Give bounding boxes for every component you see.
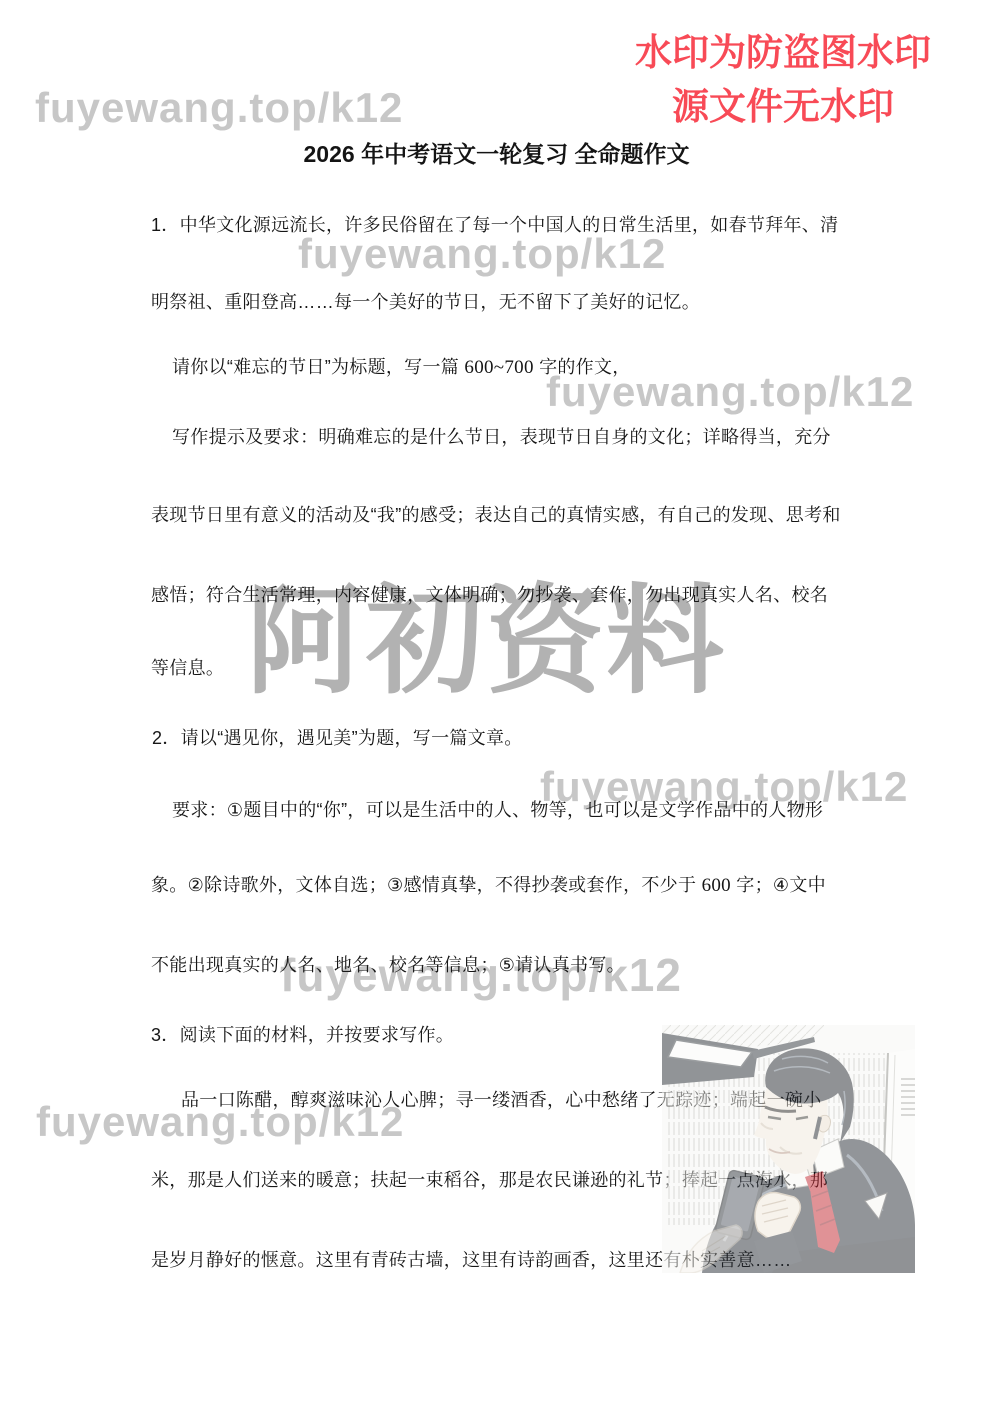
door-vent-lines [901,1079,915,1115]
notice-line-1: 水印为防盗图水印 [628,26,938,80]
text-line-2: 明祭祖、重阳登高……每一个美好的节日，无不留下了美好的记忆。 [151,288,700,314]
text-line-10-post: 字；④文中 [731,875,826,895]
text-line-8: 2．请以“遇见你，遇见美”为题，写一篇文章。 [152,724,523,750]
text-line-3-post: 字的作文， [534,357,631,377]
site-watermark-2: fuyewang.top/k12 [298,230,666,278]
text-line-6: 感悟；符合生活常理，内容健康，文体明确；勿抄袭、套作，勿出现真实人名、校名 [151,581,828,607]
text-line-3-pre: 请你以“难忘的节日”为标题，写一篇 [172,357,464,377]
text-line-5: 表现节日里有意义的活动及“我”的感受；表达自己的真情实感，有自己的发现、思考和 [151,501,841,527]
page-title: 2026 年中考语文一轮复习 全命题作文 [0,136,993,169]
brand-watermark: 阿初资料 [246,546,726,716]
text-line-3: 请你以“难忘的节日”为标题，写一篇 600~700 字的作文， [172,353,631,379]
text-line-7: 等信息。 [151,654,224,680]
text-line-1: 1．中华文化源远流长，许多民俗留在了每一个中国人的日常生活里，如春节拜年、清 [151,211,838,237]
illustration-man-phone [662,1025,915,1273]
word-count-min: 600 [702,875,731,896]
document-page: fuyewang.top/k12 fuyewang.top/k12 fuyewa… [0,0,993,1404]
text-line-4: 写作提示及要求：明确难忘的是什么节日，表现节日自身的文化；详略得当，充分 [172,423,831,449]
red-watermark-notice: 水印为防盗图水印 源文件无水印 [628,26,938,133]
text-line-12: 3．阅读下面的材料，并按要求写作。 [151,1021,454,1047]
word-count-range: 600~700 [464,357,533,378]
text-line-9: 要求：①题目中的“你”，可以是生活中的人、物等，也可以是文学作品中的人物形 [172,796,823,822]
site-watermark-1: fuyewang.top/k12 [35,84,403,132]
notice-line-2: 源文件无水印 [628,80,938,134]
text-line-10: 象。②除诗歌外，文体自选；③感情真挚，不得抄袭或套作，不少于 600 字；④文中 [151,871,826,897]
text-line-10-pre: 象。②除诗歌外，文体自选；③感情真挚，不得抄袭或套作，不少于 [151,875,702,895]
text-line-11: 不能出现真实的人名、地名、校名等信息；⑤请认真书写。 [151,951,625,977]
